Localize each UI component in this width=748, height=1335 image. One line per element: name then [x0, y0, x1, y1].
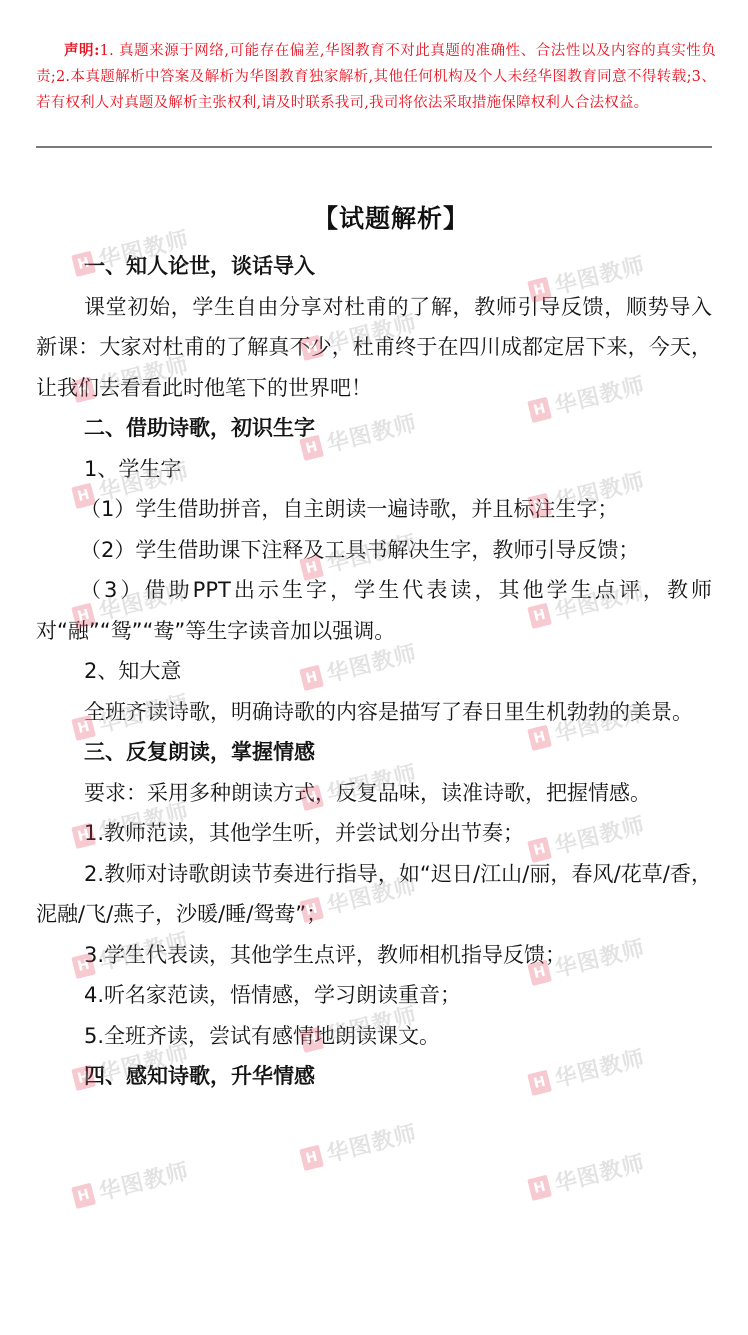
watermark: H华图教师 [526, 1146, 648, 1205]
list-item: 5.全班齐读，尝试有感情地朗读课文。 [36, 1016, 712, 1057]
list-item: （2）学生借助课下注释及工具书解决生字，教师引导反馈； [36, 530, 712, 571]
section-heading-1: 一、知人论世，谈话导入 [36, 246, 712, 287]
subsection-1: 1、学生字 [36, 449, 712, 490]
list-item: 4.听名家范读，悟情感，学习朗读重音； [36, 975, 712, 1016]
list-item: 2.教师对诗歌朗读节奏进行指导，如“迟日/江山/丽，春风/花草/香，泥融/飞/燕… [36, 854, 712, 935]
section-heading-4: 四、感知诗歌，升华情感 [36, 1056, 712, 1097]
subsection-2: 2、知大意 [36, 651, 712, 692]
list-item: 3.学生代表读，其他学生点评，教师相机指导反馈； [36, 935, 712, 976]
section-heading-3: 三、反复朗读，掌握情感 [36, 732, 712, 773]
list-item: （1）学生借助拼音，自主朗读一遍诗歌，并且标注生字； [36, 489, 712, 530]
list-item: 1.教师范读，其他学生听，并尝试划分出节奏； [36, 813, 712, 854]
watermark: H华图教师 [298, 1116, 420, 1175]
watermark: H华图教师 [70, 1154, 192, 1213]
watermark-logo-icon: H [299, 1144, 324, 1170]
disclaimer-text: 1. 真题来源于网络,可能存在偏差,华图教育不对此真题的准确性、合法性以及内容的… [36, 43, 716, 111]
section-1-paragraph: 课堂初始，学生自由分享对杜甫的了解，教师引导反馈，顺势导入新课：大家对杜甫的了解… [36, 287, 712, 409]
section-heading-2: 二、借助诗歌，初识生字 [36, 408, 712, 449]
list-item: （3）借助PPT出示生字，学生代表读，其他学生点评，教师对“融”“鸳”“鸯”等生… [36, 570, 712, 651]
section-2-paragraph: 全班齐读诗歌，明确诗歌的内容是描写了春日里生机勃勃的美景。 [36, 692, 712, 733]
divider [36, 146, 712, 148]
requirement-text: 要求：采用多种朗读方式，反复品味，读准诗歌，把握情感。 [36, 773, 712, 814]
watermark-logo-icon: H [527, 1174, 552, 1200]
page-title: 【试题解析】 [0, 199, 748, 235]
disclaimer: 声明:1. 真题来源于网络,可能存在偏差,华图教育不对此真题的准确性、合法性以及… [36, 38, 716, 116]
document-body: 一、知人论世，谈话导入 课堂初始，学生自由分享对杜甫的了解，教师引导反馈，顺势导… [36, 246, 712, 1097]
disclaimer-lead: 声明: [64, 42, 100, 59]
watermark-logo-icon: H [71, 1182, 96, 1208]
